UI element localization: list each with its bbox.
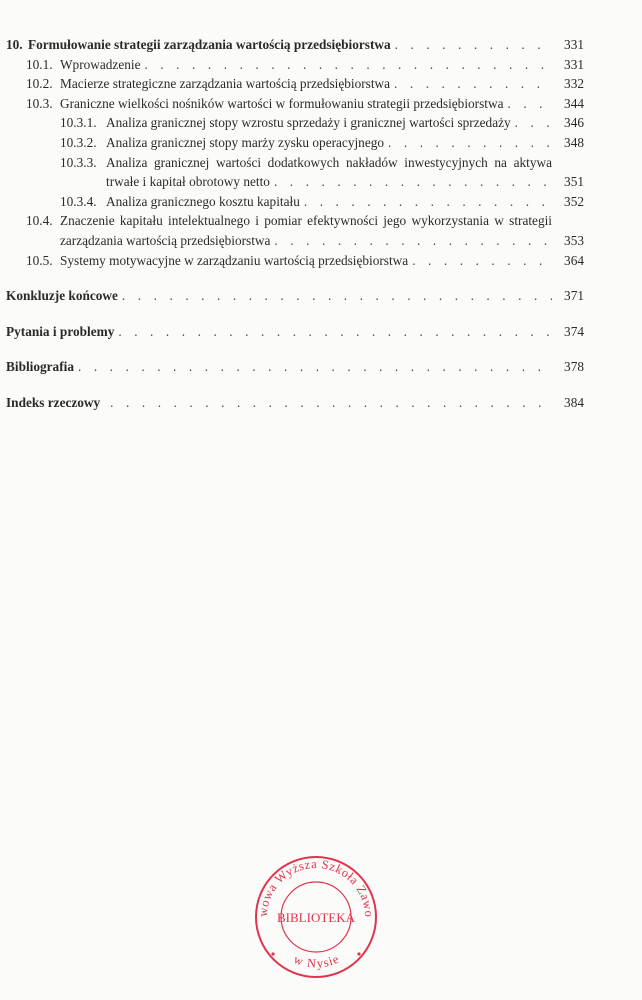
section-title-line2: zarządzania wartością przedsiębiorstwa — [60, 231, 270, 251]
back-matter-title: Indeks rzeczowy — [6, 393, 100, 413]
toc-entry-10-5[interactable]: 10.5. Systemy motywacyjne w zarządzaniu … — [6, 251, 586, 271]
dot-leader: . . . . . . . . . . . . . . . . . . . . … — [122, 286, 552, 306]
toc-entry-10-3-1[interactable]: 10.3.1. Analiza granicznej stopy wzrostu… — [6, 113, 586, 133]
section-title: Wprowadzenie — [60, 55, 140, 75]
dot-leader: . . . . . . . . . . . . . . . . . . . . … — [412, 251, 552, 271]
section-title-line1: Znaczenie kapitału intelektualnego i pom… — [60, 211, 586, 231]
dot-leader: . . . . . . . . . . . . . . . . . . . . … — [394, 74, 552, 94]
toc-entry-10-4[interactable]: 10.4. Znaczenie kapitału intelektualnego… — [6, 211, 586, 250]
page-number: 352 — [558, 192, 584, 212]
dot-leader: . . . . . . . . . . . . . . . . . . . . … — [78, 357, 552, 377]
toc-entry-10-3-3[interactable]: 10.3.3. Analiza granicznej wartości doda… — [6, 153, 586, 192]
toc-entry-10-1[interactable]: 10.1. Wprowadzenie . . . . . . . . . . .… — [6, 55, 586, 75]
page-number: 371 — [558, 286, 584, 306]
stamp-ring-text-bottom: w Nysie — [292, 952, 341, 971]
toc-entry-10-2[interactable]: 10.2. Macierze strategiczne zarządzania … — [6, 74, 586, 94]
stamp-dot — [271, 952, 274, 955]
page-number: 331 — [558, 35, 584, 55]
page-number: 384 — [558, 393, 584, 413]
stamp-dot — [357, 952, 360, 955]
toc-entry-10-3[interactable]: 10.3. Graniczne wielkości nośników warto… — [6, 94, 586, 114]
subsection-title-line1: Analiza granicznej wartości dodatkowych … — [106, 153, 586, 173]
subsection-number: 10.3.2. — [60, 133, 106, 153]
back-matter-title: Konkluzje końcowe — [6, 286, 118, 306]
dot-leader: . . . . . . . . . . . . . . . . . . . . … — [515, 113, 552, 133]
stamp-ring-text-top: Państwowa Wyższa Szkoła Zawodowa — [253, 854, 376, 918]
section-number: 10.5. — [26, 251, 60, 271]
dot-leader: . . . . . . . . . . . . . . . . . . . . … — [144, 55, 552, 75]
page-number: 378 — [558, 357, 584, 377]
dot-leader: . . . . . . . . . . . . . . . . . . . . … — [274, 172, 552, 192]
page-number: 331 — [558, 55, 584, 75]
toc-entry-pytania[interactable]: Pytania i problemy . . . . . . . . . . .… — [6, 322, 586, 342]
page-number: 353 — [558, 231, 584, 251]
subsection-title: Analiza granicznej stopy wzrostu sprzeda… — [106, 113, 511, 133]
table-of-contents: 10. Formułowanie strategii zarządzania w… — [6, 35, 586, 413]
back-matter-title: Bibliografia — [6, 357, 74, 377]
page-number: 344 — [558, 94, 584, 114]
subsection-title: Analiza granicznej stopy marży zysku ope… — [106, 133, 384, 153]
subsection-number: 10.3.3. — [60, 153, 106, 173]
dot-leader: . . . . . . . . . . . . . . . . . . . . … — [274, 231, 552, 251]
toc-entry-10-3-2[interactable]: 10.3.2. Analiza granicznej stopy marży z… — [6, 133, 586, 153]
subsection-number: 10.3.1. — [60, 113, 106, 133]
section-number: 10.4. — [26, 211, 60, 231]
dot-leader: . . . . . . . . . . . . . . . . . . . . … — [304, 192, 552, 212]
page-number: 346 — [558, 113, 584, 133]
subsection-title: Analiza granicznego kosztu kapitału — [106, 192, 300, 212]
section-title: Graniczne wielkości nośników wartości w … — [60, 94, 503, 114]
section-number: 10.2. — [26, 74, 60, 94]
toc-entry-indeks[interactable]: Indeks rzeczowy . . . . . . . . . . . . … — [6, 393, 586, 413]
stamp-center-text: BIBLIOTEKA — [277, 910, 356, 925]
page-number: 332 — [558, 74, 584, 94]
section-title: Systemy motywacyjne w zarządzaniu wartoś… — [60, 251, 408, 271]
library-stamp: Państwowa Wyższa Szkoła Zawodowa w Nysie… — [253, 854, 379, 980]
dot-leader: . . . . . . . . . . . . . . . . . . . . … — [507, 94, 552, 114]
chapter-number: 10. — [6, 35, 28, 55]
section-title: Macierze strategiczne zarządzania wartoś… — [60, 74, 390, 94]
dot-leader: . . . . . . . . . . . . . . . . . . . . … — [388, 133, 552, 153]
dot-leader: . . . . . . . . . . . . . . . . . . . . … — [110, 393, 552, 413]
dot-leader: . . . . . . . . . . . . . . . . . . . . … — [395, 35, 552, 55]
toc-entry-konkluzje[interactable]: Konkluzje końcowe . . . . . . . . . . . … — [6, 286, 586, 306]
toc-entry-10-3-4[interactable]: 10.3.4. Analiza granicznego kosztu kapit… — [6, 192, 586, 212]
toc-entry-chapter-10[interactable]: 10. Formułowanie strategii zarządzania w… — [6, 35, 586, 55]
toc-entry-bibliografia[interactable]: Bibliografia . . . . . . . . . . . . . .… — [6, 357, 586, 377]
subsection-title-line2: trwałe i kapitał obrotowy netto — [106, 172, 270, 192]
page-number: 351 — [558, 172, 584, 192]
section-number: 10.1. — [26, 55, 60, 75]
page-number: 364 — [558, 251, 584, 271]
page-number: 348 — [558, 133, 584, 153]
page-number: 374 — [558, 322, 584, 342]
dot-leader: . . . . . . . . . . . . . . . . . . . . … — [118, 322, 552, 342]
subsection-number: 10.3.4. — [60, 192, 106, 212]
chapter-title: Formułowanie strategii zarządzania warto… — [28, 35, 391, 55]
section-number: 10.3. — [26, 94, 60, 114]
back-matter-title: Pytania i problemy — [6, 322, 114, 342]
